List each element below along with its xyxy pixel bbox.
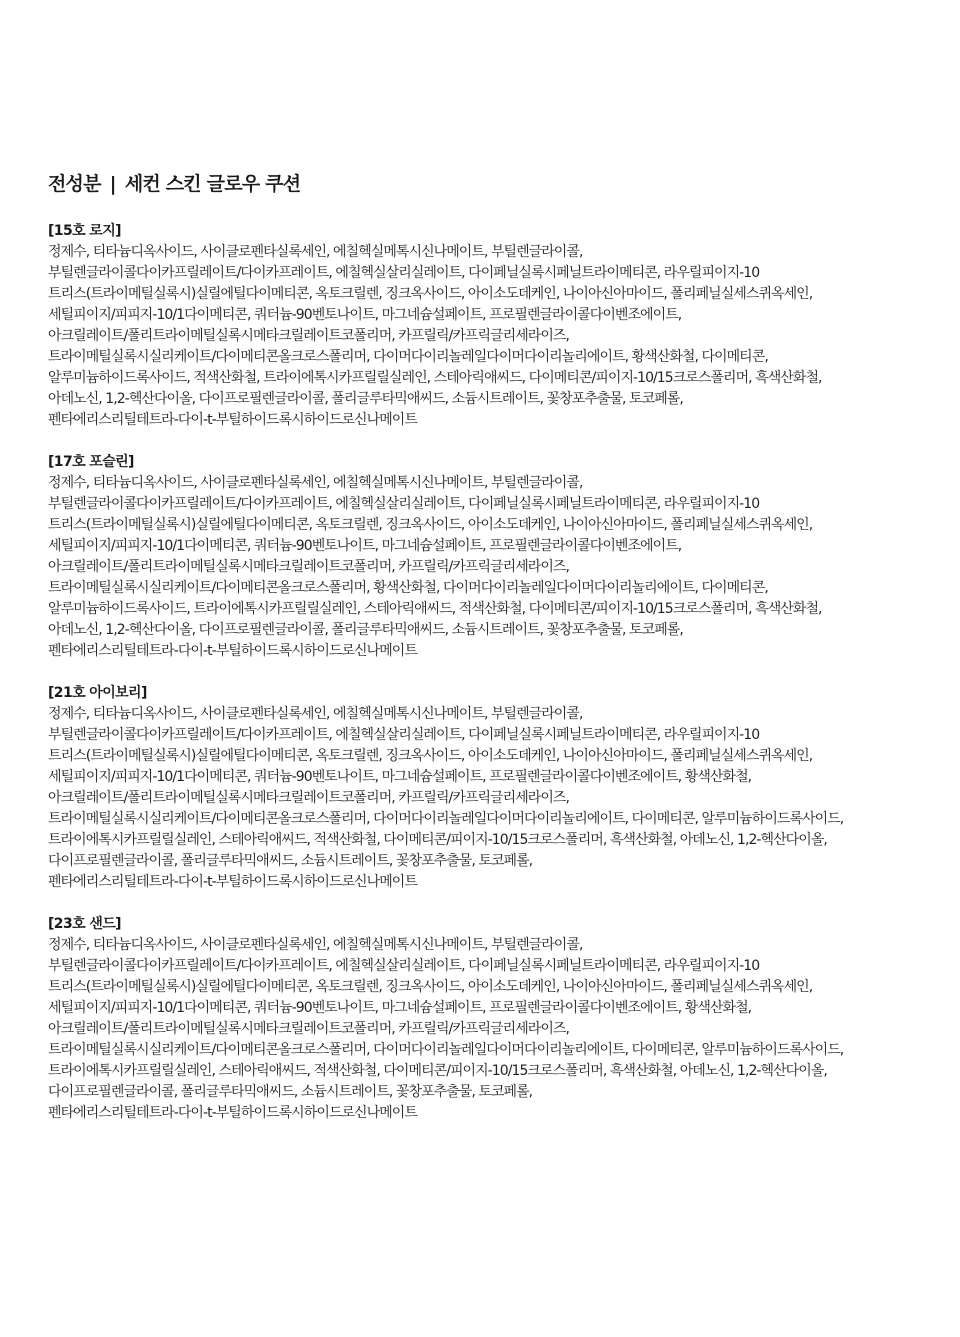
ingredient-line: 트라이메틸실록시실리케이트/다이메티콘올크로스폴리머, 다이머다이리놀레일다이머… [48,1040,928,1061]
ingredient-line: 트라이에톡시카프릴릴실레인, 스테아릭애씨드, 적색산화철, 다이메티콘/피이지… [48,1061,928,1082]
shade-section-17: [17호 포슬린] 정제수, 티타늄디옥사이드, 사이클로펜타실록세인, 에칠헥… [48,452,928,662]
shade-heading: [15호 로지] [48,221,928,242]
ingredient-line: 알루미늄하이드록사이드, 적색산화철, 트라이에톡시카프릴릴실레인, 스테아릭애… [48,368,928,389]
ingredient-line: 다이프로필렌글라이콜, 폴리글루타믹애씨드, 소듐시트레이트, 꽃창포추출물, … [48,851,928,872]
shade-section-21: [21호 아이보리] 정제수, 티타늄디옥사이드, 사이클로펜타실록세인, 에칠… [48,683,928,893]
ingredient-line: 펜타에리스리틸테트라-다이-t-부틸하이드록시하이드로신나메이트 [48,410,928,431]
ingredient-line: 정제수, 티타늄디옥사이드, 사이클로펜타실록세인, 에칠헥실메톡시신나메이트,… [48,242,928,263]
ingredients-document: 전성분|세컨 스킨 글로우 쿠션 [15호 로지] 정제수, 티타늄디옥사이드,… [48,171,928,1145]
ingredient-line: 다이프로필렌글라이콜, 폴리글루타믹애씨드, 소듐시트레이트, 꽃창포추출물, … [48,1082,928,1103]
ingredient-line: 부틸렌글라이콜다이카프릴레이트/다이카프레이트, 에칠헥실살리실레이트, 다이페… [48,956,928,977]
title-separator: | [110,171,116,197]
ingredient-line: 부틸렌글라이콜다이카프릴레이트/다이카프레이트, 에칠헥실살리실레이트, 다이페… [48,494,928,515]
shade-section-15: [15호 로지] 정제수, 티타늄디옥사이드, 사이클로펜타실록세인, 에칠헥실… [48,221,928,431]
shade-heading: [23호 샌드] [48,914,928,935]
ingredient-line: 세틸피이지/피피지-10/1다이메티콘, 쿼터늄-90벤토나이트, 마그네슘설페… [48,767,928,788]
ingredient-line: 트리스(트라이메틸실록시)실릴에틸다이메티콘, 옥토크릴렌, 징크옥사이드, 아… [48,977,928,998]
ingredient-line: 알루미늄하이드록사이드, 트라이에톡시카프릴릴실레인, 스테아릭애씨드, 적색산… [48,599,928,620]
shade-heading: [21호 아이보리] [48,683,928,704]
ingredient-line: 아데노신, 1,2-헥산다이올, 다이프로필렌글라이콜, 폴리글루타믹애씨드, … [48,389,928,410]
ingredient-line: 트라이메틸실록시실리케이트/다이메티콘올크로스폴리머, 다이머다이리놀레일다이머… [48,347,928,368]
ingredient-line: 트라이메틸실록시실리케이트/다이메티콘올크로스폴리머, 다이머다이리놀레일다이머… [48,809,928,830]
product-name: 세컨 스킨 글로우 쿠션 [125,173,300,195]
ingredient-line: 아크릴레이트/폴리트라이메틸실록시메타크릴레이트코폴리머, 카프릴릭/카프릭글리… [48,1019,928,1040]
ingredient-line: 트리스(트라이메틸실록시)실릴에틸다이메티콘, 옥토크릴렌, 징크옥사이드, 아… [48,515,928,536]
ingredient-line: 정제수, 티타늄디옥사이드, 사이클로펜타실록세인, 에칠헥실메톡시신나메이트,… [48,473,928,494]
ingredient-line: 아크릴레이트/폴리트라이메틸실록시메타크릴레이트코폴리머, 카프릴릭/카프릭글리… [48,326,928,347]
ingredient-line: 세틸피이지/피피지-10/1다이메티콘, 쿼터늄-90벤토나이트, 마그네슘설페… [48,305,928,326]
ingredient-line: 펜타에리스리틸테트라-다이-t-부틸하이드록시하이드로신나메이트 [48,872,928,893]
ingredient-line: 정제수, 티타늄디옥사이드, 사이클로펜타실록세인, 에칠헥실메톡시신나메이트,… [48,704,928,725]
ingredient-line: 세틸피이지/피피지-10/1다이메티콘, 쿼터늄-90벤토나이트, 마그네슘설페… [48,536,928,557]
ingredient-line: 부틸렌글라이콜다이카프릴레이트/다이카프레이트, 에칠헥실살리실레이트, 다이페… [48,725,928,746]
ingredient-line: 트라이에톡시카프릴릴실레인, 스테아릭애씨드, 적색산화철, 다이메티콘/피이지… [48,830,928,851]
ingredient-line: 아데노신, 1,2-헥산다이올, 다이프로필렌글라이콜, 폴리글루타믹애씨드, … [48,620,928,641]
ingredient-line: 부틸렌글라이콜다이카프릴레이트/다이카프레이트, 에칠헥실살리실레이트, 다이페… [48,263,928,284]
ingredient-line: 트리스(트라이메틸실록시)실릴에틸다이메티콘, 옥토크릴렌, 징크옥사이드, 아… [48,746,928,767]
page-title: 전성분|세컨 스킨 글로우 쿠션 [48,171,928,197]
ingredient-line: 트라이메틸실록시실리케이트/다이메티콘올크로스폴리머, 황색산화철, 다이머다이… [48,578,928,599]
ingredient-line: 펜타에리스리틸테트라-다이-t-부틸하이드록시하이드로신나메이트 [48,641,928,662]
ingredient-line: 아크릴레이트/폴리트라이메틸실록시메타크릴레이트코폴리머, 카프릴릭/카프릭글리… [48,557,928,578]
shade-section-23: [23호 샌드] 정제수, 티타늄디옥사이드, 사이클로펜타실록세인, 에칠헥실… [48,914,928,1124]
ingredient-line: 펜타에리스리틸테트라-다이-t-부틸하이드록시하이드로신나메이트 [48,1103,928,1124]
title-label: 전성분 [48,173,101,195]
shade-heading: [17호 포슬린] [48,452,928,473]
ingredient-line: 트리스(트라이메틸실록시)실릴에틸다이메티콘, 옥토크릴렌, 징크옥사이드, 아… [48,284,928,305]
ingredient-line: 아크릴레이트/폴리트라이메틸실록시메타크릴레이트코폴리머, 카프릴릭/카프릭글리… [48,788,928,809]
ingredient-line: 세틸피이지/피피지-10/1다이메티콘, 쿼터늄-90벤토나이트, 마그네슘설페… [48,998,928,1019]
ingredient-line: 정제수, 티타늄디옥사이드, 사이클로펜타실록세인, 에칠헥실메톡시신나메이트,… [48,935,928,956]
